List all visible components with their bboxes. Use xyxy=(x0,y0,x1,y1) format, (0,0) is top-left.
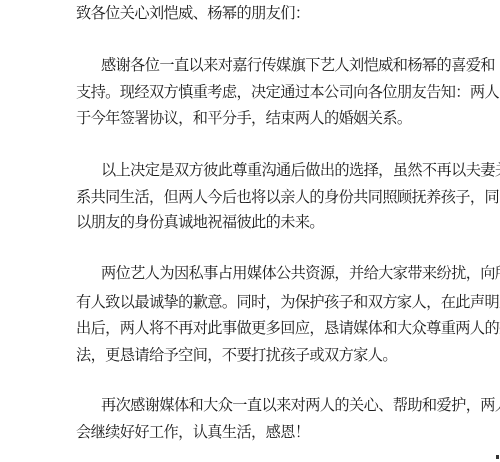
paragraph-line: 出后，两人将不再对此事做更多回应，恳请媒体和大众尊重两人的想 xyxy=(76,319,500,337)
paragraph-line: 再次感谢媒体和大众一直以来对两人的关心、帮助和爱护，两人 xyxy=(76,396,500,414)
paragraph-line: 以朋友的身份真诚地祝福彼此的未来。 xyxy=(76,213,324,231)
paragraph-line: 有人致以最诚挚的歉意。同时，为保护孩子和双方家人，在此声明发 xyxy=(76,293,500,311)
paragraph-line: 系共同生活，但两人今后也将以亲人的身份共同照顾抚养孩子，同时 xyxy=(76,188,500,206)
paragraph-line: 于今年签署协议，和平分手，结束两人的婚姻关系。 xyxy=(76,109,412,127)
paragraph-line: 感谢各位一直以来对嘉行传媒旗下艺人刘恺威和杨幂的喜爱和 xyxy=(76,56,495,74)
corner-mark xyxy=(496,455,499,459)
paragraph-line: 法，更恳请给予空间，不要打扰孩子或双方家人。 xyxy=(76,346,397,364)
paragraph-line: 支持。现经双方慎重考虑，决定通过本公司向各位朋友告知：两人已 xyxy=(76,83,500,101)
salutation: 致各位关心刘恺威、杨幂的朋友们： xyxy=(76,4,309,22)
paragraph-line: 以上决定是双方彼此尊重沟通后做出的选择，虽然不再以夫妻关 xyxy=(76,161,500,179)
paragraph-line: 两位艺人为因私事占用媒体公共资源，并给大家带来纷扰，向所 xyxy=(76,264,500,282)
paragraph-line: 会继续好好工作，认真生活，感恩！ xyxy=(76,423,309,441)
